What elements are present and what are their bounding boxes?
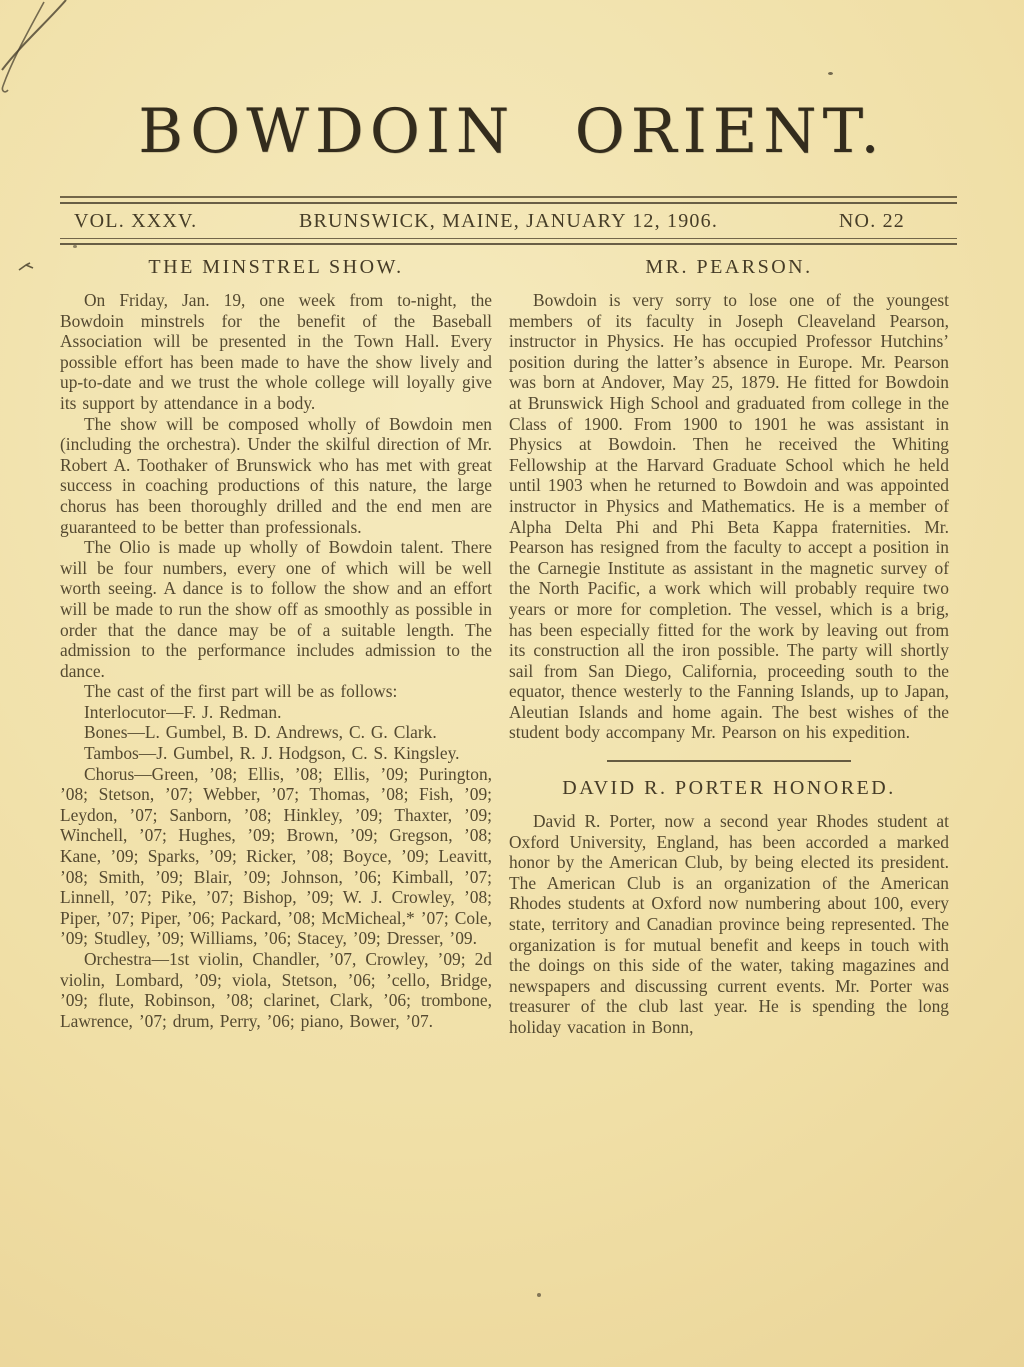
article-title: MR. PEARSON. [509,256,949,279]
paragraph: The show will be composed wholly of Bowd… [60,414,492,538]
article-columns: THE MINSTREL SHOW. On Friday, Jan. 19, o… [60,256,957,1038]
cast-line: Interlocutor—F. J. Redman. [60,702,492,723]
ink-speck [73,245,77,248]
cast-line: Orchestra—1st violin, Chandler, ’07, Cro… [60,949,492,1031]
paragraph: Bowdoin is very sorry to lose one of the… [509,290,949,743]
paragraph: The Olio is made up wholly of Bowdoin ta… [60,537,492,681]
cast-line: Bones—L. Gumbel, B. D. Andrews, C. G. Cl… [60,722,492,743]
issue-number-label: NO. 22 [839,210,905,233]
article-mr-pearson: MR. PEARSON. Bowdoin is very sorry to lo… [509,256,949,743]
newspaper-page: BOWDOIN ORIENT. VOL. XXXV. BRUNSWICK, MA… [0,0,1024,1367]
ink-speck [828,72,833,75]
margin-check-mark-icon [18,262,36,274]
article-porter-honored: DAVID R. PORTER HONORED. David R. Porter… [509,777,949,1038]
paragraph: David R. Porter, now a second year Rhode… [509,811,949,1038]
article-minstrel-show: THE MINSTREL SHOW. On Friday, Jan. 19, o… [60,256,492,1031]
paragraph: The cast of the first part will be as fo… [60,681,492,702]
paragraph: On Friday, Jan. 19, one week from to-nig… [60,290,492,414]
masthead-title: BOWDOIN ORIENT. [0,96,1024,167]
right-column: MR. PEARSON. Bowdoin is very sorry to lo… [509,256,949,1038]
ink-speck [537,1293,541,1297]
article-divider-rule [607,760,851,762]
left-column: THE MINSTREL SHOW. On Friday, Jan. 19, o… [60,256,492,1038]
dateline-label: BRUNSWICK, MAINE, JANUARY 12, 1906. [60,210,957,233]
cast-line: Tambos—J. Gumbel, R. J. Hodgson, C. S. K… [60,743,492,764]
article-title: DAVID R. PORTER HONORED. [509,777,949,800]
double-rule-bottom [60,238,957,245]
double-rule-top [60,196,957,204]
article-title: THE MINSTREL SHOW. [60,256,492,279]
issue-header: VOL. XXXV. BRUNSWICK, MAINE, JANUARY 12,… [60,208,957,238]
cast-line: Chorus—Green, ’08; Ellis, ’08; Ellis, ’0… [60,764,492,949]
